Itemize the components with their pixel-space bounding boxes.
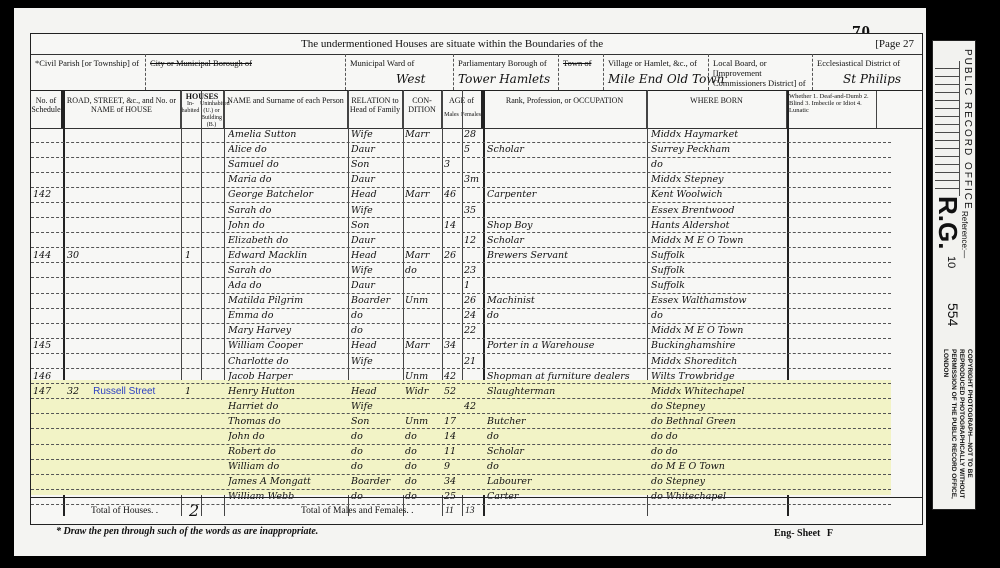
cell-occupation — [487, 323, 645, 338]
cell-where-born: Middx Haymarket — [651, 127, 785, 142]
cell-schedule: 142 — [33, 187, 63, 202]
cell-occupation — [487, 354, 645, 369]
cell-schedule — [33, 308, 63, 323]
cell-female — [464, 187, 482, 202]
cell-where-born: Buckinghamshire — [651, 338, 785, 353]
footnote: * Draw the pen through such of the words… — [56, 526, 318, 537]
cell-female — [464, 369, 482, 384]
cell-schedule — [33, 157, 63, 172]
cell-male — [444, 203, 462, 218]
cell-occupation: Shop Boy — [487, 218, 645, 233]
cell-male — [444, 308, 462, 323]
total-persons-label: Total of Males and Females. . — [301, 506, 414, 516]
cell-schedule — [33, 414, 63, 429]
header-infirmity: Whether 1. Deaf-and-Dumb 2. Blind 3. Imb… — [787, 91, 877, 128]
cell-condition: do — [405, 429, 441, 444]
cell-where-born: Essex Brentwood — [651, 203, 785, 218]
cell-schedule — [33, 142, 63, 157]
cell-occupation: Scholar — [487, 233, 645, 248]
cell-relation: Wife — [351, 354, 401, 369]
table-row: James A MongattBoarderdo34Labourerdo Ste… — [31, 474, 891, 490]
cell-female: 21 — [464, 354, 482, 369]
table-row: John doSon14Shop BoyHants Aldershot — [31, 218, 891, 234]
totals-row: Total of Houses. . 2 Total of Males and … — [31, 497, 922, 525]
cell-relation: Boarder — [351, 474, 401, 489]
cell-female: 5 — [464, 142, 482, 157]
cell-female — [464, 338, 482, 353]
census-entries: Amelia SuttonWifeMarr28Middx HaymarketAl… — [31, 127, 922, 497]
cell-road — [67, 293, 179, 308]
cell-where-born: Middx Whitechapel — [651, 384, 785, 399]
cell-schedule — [33, 399, 63, 414]
cell-inhabited — [185, 308, 199, 323]
district-municipal-ward: Municipal Ward of West — [346, 54, 454, 90]
cell-male — [444, 354, 462, 369]
header-relation: RELATION to Head of Family — [348, 91, 403, 128]
cell-where-born: Wilts Trowbridge — [651, 369, 785, 384]
cell-condition — [405, 233, 441, 248]
cell-condition: Unm — [405, 414, 441, 429]
cell-male — [444, 233, 462, 248]
cell-name: Mary Harvey — [228, 323, 346, 338]
cell-where-born: Essex Walthamstow — [651, 293, 785, 308]
cell-name: Thomas do — [228, 414, 346, 429]
table-row: 145William CooperHeadMarr34Porter in a W… — [31, 338, 891, 354]
cell-where-born: do do — [651, 429, 785, 444]
cell-inhabited — [185, 323, 199, 338]
cell-name: Robert do — [228, 444, 346, 459]
cell-male: 34 — [444, 338, 462, 353]
header-uninhabited: Uninhabited (U.) or Building (B.) — [200, 101, 223, 129]
cell-where-born: do M E O Town — [651, 459, 785, 474]
table-row: Samuel doSon3do — [31, 157, 891, 173]
cell-female: 1 — [464, 278, 482, 293]
cell-occupation — [487, 263, 645, 278]
table-row: Alice doDaur5ScholarSurrey Peckham — [31, 142, 891, 158]
cell-road — [67, 338, 179, 353]
table-row: Maria doDaur3mMiddx Stepney — [31, 172, 891, 188]
cell-condition — [405, 278, 441, 293]
cell-road — [67, 157, 179, 172]
street-annotation: Russell Street — [93, 386, 155, 397]
cell-condition — [405, 142, 441, 157]
district-local-board: Local Board, or [Improvement Commissione… — [709, 54, 813, 90]
cell-road — [67, 429, 179, 444]
cell-where-born: Surrey Peckham — [651, 142, 785, 157]
census-form: The undermentioned Houses are situate wi… — [30, 33, 923, 525]
cell-inhabited — [185, 142, 199, 157]
cell-occupation: Butcher — [487, 414, 645, 429]
cell-relation: Head — [351, 187, 401, 202]
cell-occupation — [487, 203, 645, 218]
cell-occupation: Brewers Servant — [487, 248, 645, 263]
table-row: Harriet doWife42do Stepney — [31, 399, 891, 415]
cell-where-born: Middx Shoreditch — [651, 354, 785, 369]
cell-inhabited: 1 — [185, 384, 199, 399]
cell-inhabited — [185, 293, 199, 308]
cell-occupation: Scholar — [487, 142, 645, 157]
cell-relation: Daur — [351, 233, 401, 248]
cell-condition — [405, 323, 441, 338]
copyright-notice: COPYRIGHT PHOTOGRAPH—NOT TO BE REPRODUCE… — [941, 349, 973, 499]
cell-female — [464, 384, 482, 399]
cell-schedule — [33, 323, 63, 338]
cell-male — [444, 172, 462, 187]
cell-name: Matilda Pilgrim — [228, 293, 346, 308]
cell-occupation: do — [487, 308, 645, 323]
cell-schedule — [33, 127, 63, 142]
table-row: 144301Edward MacklinHeadMarr26Brewers Se… — [31, 248, 891, 264]
boundary-heading-row: The undermentioned Houses are situate wi… — [31, 34, 922, 55]
cell-relation: Head — [351, 384, 401, 399]
cell-occupation — [487, 157, 645, 172]
cell-schedule — [33, 278, 63, 293]
cell-road: 30 — [67, 248, 179, 263]
reference-class: 10 — [945, 256, 957, 268]
cell-occupation: Carpenter — [487, 187, 645, 202]
page-label: [Page 27 — [875, 38, 914, 50]
cell-schedule — [33, 354, 63, 369]
cell-condition: do — [405, 459, 441, 474]
header-schedule: No. of Schedule — [31, 91, 63, 128]
cell-female — [464, 157, 482, 172]
district-civil-parish: *Civil Parish [or Township] of — [31, 54, 146, 90]
cell-inhabited — [185, 444, 199, 459]
cell-occupation: Scholar — [487, 444, 645, 459]
cell-relation: Wife — [351, 127, 401, 142]
table-row: Robert dododo11Scholardo do — [31, 444, 891, 460]
district-village-hamlet: Village or Hamlet, &c., of Mile End Old … — [604, 54, 709, 90]
cell-road — [67, 233, 179, 248]
cell-where-born: Kent Woolwich — [651, 187, 785, 202]
district-town: Town of — [559, 54, 604, 90]
cell-inhabited — [185, 233, 199, 248]
total-females-value: 13 — [465, 506, 475, 516]
cell-male — [444, 399, 462, 414]
cell-schedule: 146 — [33, 369, 63, 384]
cell-inhabited — [185, 414, 199, 429]
cell-schedule — [33, 218, 63, 233]
cell-relation: do — [351, 459, 401, 474]
cell-female — [464, 459, 482, 474]
table-row: John dododo14dodo do — [31, 429, 891, 445]
cell-condition — [405, 218, 441, 233]
cell-where-born: do — [651, 157, 785, 172]
cell-where-born: Middx M E O Town — [651, 233, 785, 248]
table-row: Ada doDaur1Suffolk — [31, 278, 891, 294]
cell-road — [67, 444, 179, 459]
cell-male: 26 — [444, 248, 462, 263]
cell-condition: Marr — [405, 127, 441, 142]
cell-relation: Daur — [351, 278, 401, 293]
cell-where-born: Hants Aldershot — [651, 218, 785, 233]
table-row: 14732Russell Street1Henry HuttonHeadWidr… — [31, 384, 891, 400]
cell-condition — [405, 354, 441, 369]
cell-female — [464, 414, 482, 429]
cell-schedule — [33, 263, 63, 278]
cell-relation: Wife — [351, 399, 401, 414]
header-occupation: Rank, Profession, or OCCUPATION — [483, 91, 647, 128]
cell-name: Samuel do — [228, 157, 346, 172]
cell-condition: do — [405, 263, 441, 278]
cell-occupation: do — [487, 429, 645, 444]
cell-road — [67, 278, 179, 293]
cell-relation: Head — [351, 338, 401, 353]
cell-road — [67, 218, 179, 233]
cell-male — [444, 127, 462, 142]
cell-inhabited — [185, 157, 199, 172]
table-row: Amelia SuttonWifeMarr28Middx Haymarket — [31, 127, 891, 143]
table-row: 142George BatchelorHeadMarr46CarpenterKe… — [31, 187, 891, 203]
table-row: Thomas doSonUnm17Butcherdo Bethnal Green — [31, 414, 891, 430]
cell-name: Ada do — [228, 278, 346, 293]
cell-inhabited — [185, 263, 199, 278]
total-males-value: 11 — [445, 506, 454, 516]
cell-where-born: Middx M E O Town — [651, 323, 785, 338]
cell-name: Henry Hutton — [228, 384, 346, 399]
cell-female — [464, 429, 482, 444]
header-houses: HOUSES In-habited Uninhabited (U.) or Bu… — [181, 91, 224, 128]
total-houses-value: 2 — [189, 501, 199, 520]
reference-series: R.G. — [932, 196, 963, 249]
cell-male: 14 — [444, 429, 462, 444]
cell-female: 3m — [464, 172, 482, 187]
cell-where-born: Middx Stepney — [651, 172, 785, 187]
header-females: Females — [461, 111, 481, 120]
cell-female: 26 — [464, 293, 482, 308]
header-males: Males — [442, 111, 461, 120]
cell-male: 14 — [444, 218, 462, 233]
district-parliamentary-borough: Parliamentary Borough of Tower Hamlets — [454, 54, 559, 90]
cell-condition — [405, 203, 441, 218]
table-row: Charlotte doWife21Middx Shoreditch — [31, 354, 891, 370]
cell-road — [67, 142, 179, 157]
cell-where-born: do Stepney — [651, 399, 785, 414]
cell-condition — [405, 157, 441, 172]
cell-relation: do — [351, 429, 401, 444]
cell-condition: Marr — [405, 187, 441, 202]
cell-male: 9 — [444, 459, 462, 474]
cell-relation: Son — [351, 157, 401, 172]
cell-relation: Wife — [351, 203, 401, 218]
cell-where-born: do — [651, 308, 785, 323]
cell-female — [464, 474, 482, 489]
table-row: Sarah doWifedo23Suffolk — [31, 263, 891, 279]
cell-name: William Cooper — [228, 338, 346, 353]
cell-occupation: Porter in a Warehouse — [487, 338, 645, 353]
cell-name: Alice do — [228, 142, 346, 157]
header-condition: CON-DITION — [403, 91, 442, 128]
cell-condition — [405, 172, 441, 187]
cell-schedule: 144 — [33, 248, 63, 263]
cell-where-born: Suffolk — [651, 278, 785, 293]
cell-female: 35 — [464, 203, 482, 218]
cell-inhabited — [185, 218, 199, 233]
cell-inhabited — [185, 474, 199, 489]
cell-road — [67, 203, 179, 218]
cell-occupation: Machinist — [487, 293, 645, 308]
cell-name: Charlotte do — [228, 354, 346, 369]
table-row: Elizabeth doDaur12ScholarMiddx M E O Tow… — [31, 233, 891, 249]
cell-road — [67, 474, 179, 489]
cell-condition: Unm — [405, 293, 441, 308]
ruler — [935, 61, 960, 196]
cell-road — [67, 414, 179, 429]
cell-where-born: Suffolk — [651, 248, 785, 263]
cell-road — [67, 354, 179, 369]
cell-relation: Wife — [351, 263, 401, 278]
cell-where-born: do Bethnal Green — [651, 414, 785, 429]
cell-female: 12 — [464, 233, 482, 248]
cell-where-born: Suffolk — [651, 263, 785, 278]
cell-road — [67, 263, 179, 278]
cell-female: 42 — [464, 399, 482, 414]
cell-female: 23 — [464, 263, 482, 278]
cell-condition: do — [405, 474, 441, 489]
district-ecclesiastical: Ecclesiastical District of St Philips — [813, 54, 924, 90]
cell-condition — [405, 399, 441, 414]
cell-schedule — [33, 293, 63, 308]
cell-occupation — [487, 278, 645, 293]
cell-occupation: Labourer — [487, 474, 645, 489]
cell-name: William do — [228, 459, 346, 474]
cell-name: George Batchelor — [228, 187, 346, 202]
cell-male: 17 — [444, 414, 462, 429]
cell-female — [464, 218, 482, 233]
table-row: Mary Harveydo22Middx M E O Town — [31, 323, 891, 339]
cell-name: Elizabeth do — [228, 233, 346, 248]
cell-male — [444, 278, 462, 293]
cell-male: 11 — [444, 444, 462, 459]
district-municipal-borough: City or Municipal Borough of — [146, 54, 346, 90]
cell-male — [444, 263, 462, 278]
header-where-born: WHERE BORN — [647, 91, 787, 128]
cell-inhabited: 1 — [185, 248, 199, 263]
cell-inhabited — [185, 338, 199, 353]
cell-male: 52 — [444, 384, 462, 399]
cell-name: James A Mongatt — [228, 474, 346, 489]
cell-road — [67, 369, 179, 384]
header-name: NAME and Surname of each Person — [224, 91, 348, 128]
cell-name: Sarah do — [228, 263, 346, 278]
cell-inhabited — [185, 172, 199, 187]
cell-relation — [351, 369, 401, 384]
cell-male — [444, 323, 462, 338]
cell-condition: do — [405, 444, 441, 459]
table-row: William dododo9dodo M E O Town — [31, 459, 891, 475]
cell-schedule — [33, 444, 63, 459]
cell-name: Sarah do — [228, 203, 346, 218]
cell-relation: Son — [351, 218, 401, 233]
boundary-heading: The undermentioned Houses are situate wi… — [301, 38, 603, 50]
cell-relation: do — [351, 308, 401, 323]
cell-name: Amelia Sutton — [228, 127, 346, 142]
cell-inhabited — [185, 354, 199, 369]
sheet-label: Eng- Sheet F — [774, 528, 833, 539]
cell-inhabited — [185, 278, 199, 293]
office-name: PUBLIC RECORD OFFICE — [962, 49, 973, 211]
cell-inhabited — [185, 369, 199, 384]
cell-male: 42 — [444, 369, 462, 384]
cell-road — [67, 187, 179, 202]
cell-relation: Daur — [351, 172, 401, 187]
cell-condition: Marr — [405, 248, 441, 263]
cell-where-born: do Stepney — [651, 474, 785, 489]
cell-relation: do — [351, 444, 401, 459]
cell-schedule — [33, 172, 63, 187]
cell-schedule — [33, 233, 63, 248]
table-row: Emma dodo24dodo — [31, 308, 891, 324]
cell-inhabited — [185, 399, 199, 414]
cell-inhabited — [185, 429, 199, 444]
cell-male: 34 — [444, 474, 462, 489]
cell-male: 46 — [444, 187, 462, 202]
cell-name: Edward Macklin — [228, 248, 346, 263]
cell-schedule — [33, 203, 63, 218]
cell-name: Maria do — [228, 172, 346, 187]
cell-name: Emma do — [228, 308, 346, 323]
cell-relation: Son — [351, 414, 401, 429]
table-row: Sarah doWife35Essex Brentwood — [31, 203, 891, 219]
cell-schedule — [33, 429, 63, 444]
reference-piece: 554 — [945, 303, 961, 326]
cell-relation: do — [351, 323, 401, 338]
cell-occupation: Slaughterman — [487, 384, 645, 399]
cell-female — [464, 444, 482, 459]
table-row: Matilda PilgrimBoarderUnm26MachinistEsse… — [31, 293, 891, 309]
cell-male — [444, 293, 462, 308]
header-inhabited: In-habited — [181, 101, 200, 129]
cell-road — [67, 323, 179, 338]
record-office-strip: PUBLIC RECORD OFFICE Reference:— R.G. 10… — [932, 40, 976, 510]
cell-female — [464, 248, 482, 263]
cell-relation: Head — [351, 248, 401, 263]
cell-condition: Unm — [405, 369, 441, 384]
cell-road — [67, 459, 179, 474]
cell-schedule: 147 — [33, 384, 63, 399]
cell-relation: Daur — [351, 142, 401, 157]
cell-name: John do — [228, 429, 346, 444]
cell-female: 28 — [464, 127, 482, 142]
cell-occupation: do — [487, 459, 645, 474]
cell-male: 3 — [444, 157, 462, 172]
cell-inhabited — [185, 187, 199, 202]
cell-schedule: 145 — [33, 338, 63, 353]
cell-schedule — [33, 474, 63, 489]
cell-road: 32Russell Street — [67, 384, 179, 399]
cell-condition: Widr — [405, 384, 441, 399]
cell-road — [67, 308, 179, 323]
cell-road — [67, 399, 179, 414]
cell-road — [67, 127, 179, 142]
table-row: 146Jacob HarperUnm42Shopman at furniture… — [31, 369, 891, 385]
cell-name: Jacob Harper — [228, 369, 346, 384]
cell-inhabited — [185, 459, 199, 474]
cell-schedule — [33, 459, 63, 474]
cell-male — [444, 142, 462, 157]
cell-relation: Boarder — [351, 293, 401, 308]
cell-road — [67, 172, 179, 187]
cell-occupation: Shopman at furniture dealers — [487, 369, 645, 384]
cell-name: Harriet do — [228, 399, 346, 414]
cell-female: 24 — [464, 308, 482, 323]
header-road: ROAD, STREET, &c., and No. or NAME of HO… — [63, 91, 181, 128]
cell-name: John do — [228, 218, 346, 233]
cell-occupation — [487, 127, 645, 142]
cell-inhabited — [185, 203, 199, 218]
cell-female: 22 — [464, 323, 482, 338]
cell-condition: Marr — [405, 338, 441, 353]
